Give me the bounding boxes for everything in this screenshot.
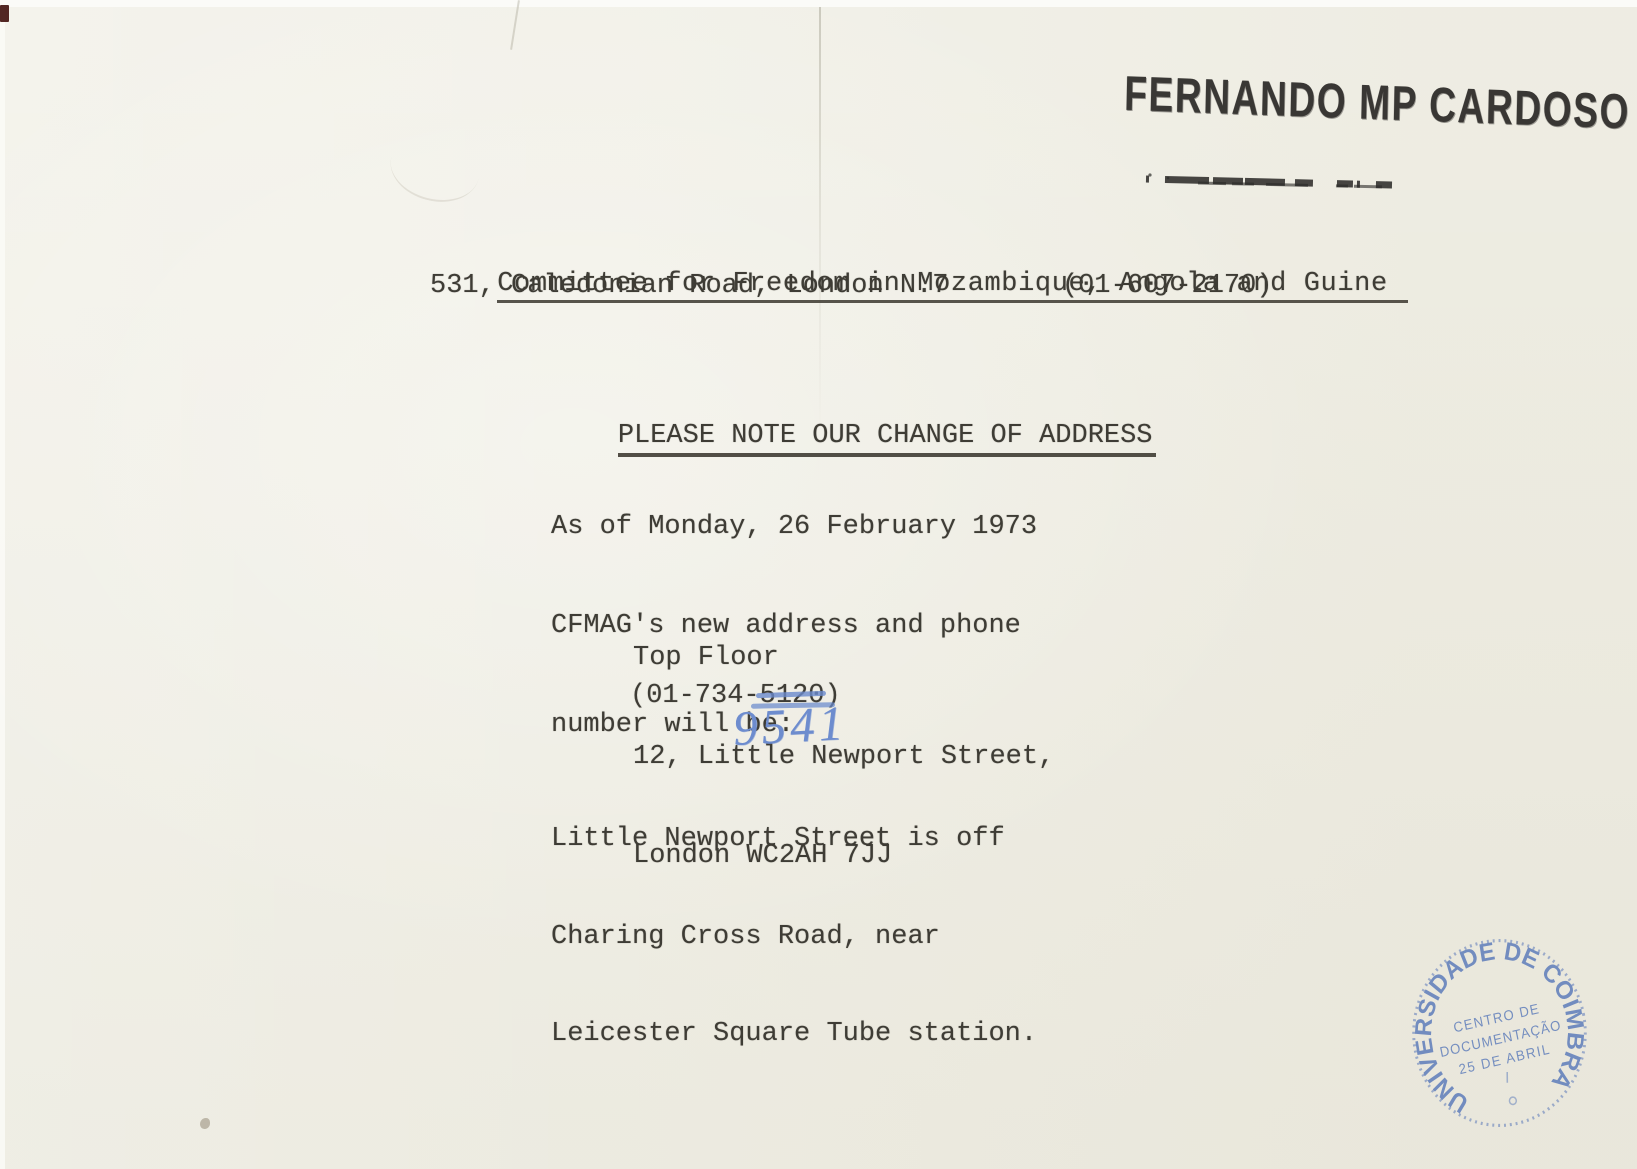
vertical-fold-crease [819, 7, 821, 437]
stamp-bottom-emblem [1509, 1096, 1517, 1105]
intro-line: As of Monday, 26 February 1973 [551, 511, 1037, 544]
org-address-line: 531, Caledonian Road, London N.7 (01-607… [430, 271, 1273, 301]
university-archive-stamp: UNIVERSIDADE DE COIMBRA CENTRO DE DOCUME… [1402, 928, 1597, 1138]
directions-paragraph: Little Newport Street is off Charing Cro… [551, 758, 1037, 1116]
stamp-small-tick [1505, 1072, 1509, 1083]
stamp-ring-text: UNIVERSIDADE DE COIMBRA [1402, 928, 1597, 1127]
top-left-crease [510, 0, 520, 50]
scanner-edge-left [0, 0, 5, 1169]
directions-line: Little Newport Street is off [551, 823, 1037, 856]
smudged-redaction-line [1140, 165, 1410, 197]
scanned-document-page: FERNANDO MP CARDOSO Committee for Freedo… [0, 0, 1637, 1169]
directions-line: Charing Cross Road, near [551, 921, 1037, 954]
svg-text:UNIVERSIDADE DE COIMBRA: UNIVERSIDADE DE COIMBRA [1402, 928, 1597, 1127]
address-line: Top Floor [633, 642, 1054, 675]
curved-crease [383, 125, 486, 211]
paper-speck [200, 1118, 210, 1129]
corner-ink-mark [0, 5, 9, 22]
directions-line: Leicester Square Tube station. [551, 1018, 1037, 1051]
scanner-edge-top [0, 0, 1637, 7]
handwritten-phone-correction: 9541 [732, 694, 849, 757]
owner-name-stamp: FERNANDO MP CARDOSO [1124, 64, 1631, 140]
